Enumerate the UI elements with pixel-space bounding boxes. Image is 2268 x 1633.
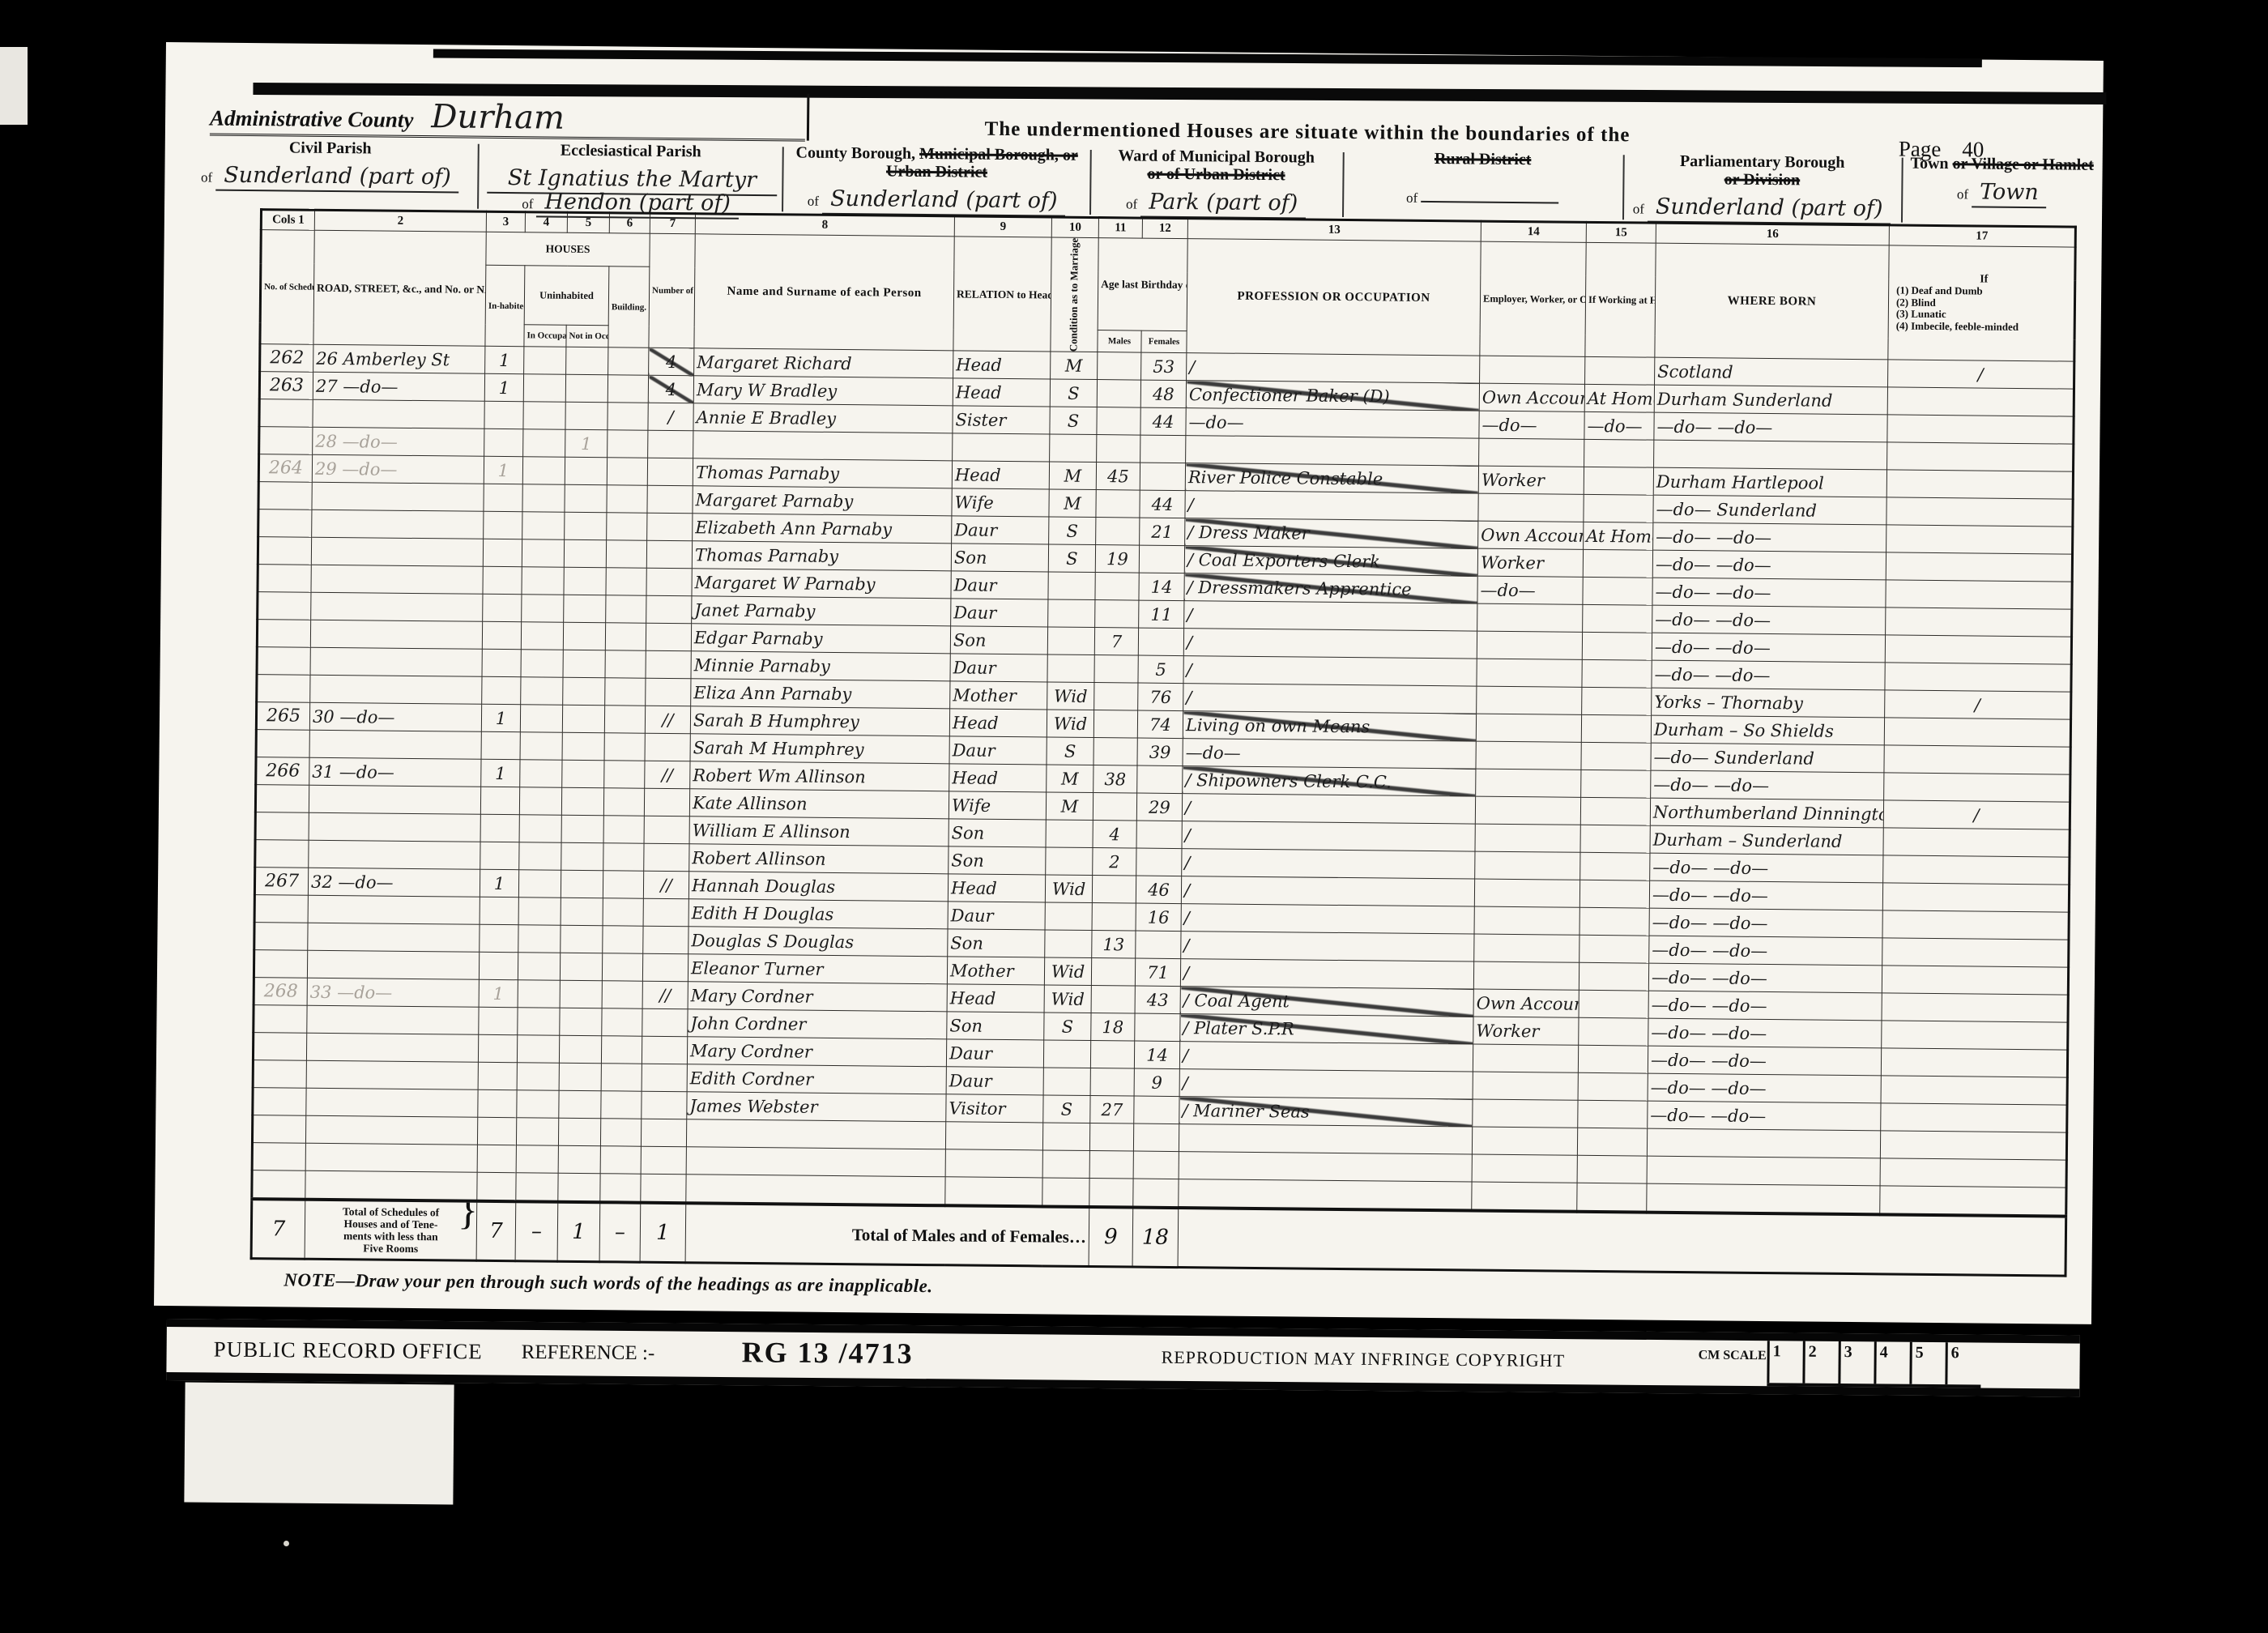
cell-uo: [516, 1173, 558, 1202]
cell-rel: Wife: [952, 488, 1049, 517]
cell-addr: [305, 1116, 477, 1145]
cell-f: [1136, 849, 1182, 877]
cell-bld: [605, 678, 646, 706]
cell-born: —do— —do—: [1648, 1047, 1881, 1077]
cell-inf: [1886, 552, 2072, 582]
header-not-occupation: Not in Occupa-tion.: [566, 326, 608, 347]
cell-occ: ∕ Dressmakers Apprentice: [1184, 573, 1477, 603]
cell-rel: [953, 433, 1050, 462]
cell-addr: [312, 510, 484, 539]
header-name: Name and Surname of each Person: [694, 234, 954, 352]
cell-uo: [520, 705, 562, 732]
cell-rm: [643, 899, 688, 927]
ecclesiastical-parish-cell: Ecclesiastical Parish St Ignatius the Ma…: [484, 141, 778, 211]
cell-born: —do— —do—: [1650, 854, 1883, 884]
cell-cond: M: [1049, 462, 1096, 490]
cell-sch: [253, 1033, 306, 1061]
cell-home: At Home: [1584, 522, 1653, 551]
cell-sch: [252, 1115, 305, 1144]
cell-m: 19: [1095, 545, 1139, 573]
cell-name: James Webster: [687, 1092, 946, 1122]
total-males-value: 9: [1089, 1207, 1133, 1267]
cell-rel: Head: [953, 378, 1050, 407]
cell-born: —do— —do—: [1649, 909, 1882, 939]
cell-home: [1584, 495, 1653, 523]
header-inhabited: In-habited: [485, 265, 525, 347]
cell-inh: [481, 732, 520, 760]
cell-un: [561, 898, 603, 926]
cell-cond: Wid: [1044, 957, 1091, 986]
cell-emp: [1477, 604, 1583, 633]
cell-occ: ∕: [1181, 932, 1474, 961]
cell-bld: [602, 1008, 642, 1036]
cell-born: —do— —do—: [1648, 1102, 1881, 1132]
cell-uo: [518, 898, 561, 925]
cell-inf: [1880, 1131, 2066, 1160]
cell-addr: [308, 923, 480, 953]
cell-bld: [607, 485, 647, 513]
cell-born: —do— —do—: [1652, 551, 1886, 581]
cell-home: [1581, 743, 1651, 771]
cell-born: —do— —do—: [1648, 1074, 1881, 1104]
cell-cond: S: [1048, 544, 1095, 573]
cell-cond: [1045, 930, 1092, 958]
cell-inh: 1: [484, 457, 522, 484]
cell-rel: Mother: [950, 681, 1047, 710]
total-in-occupation: –: [515, 1202, 558, 1262]
cell-un: [560, 953, 602, 981]
cell-un: [563, 650, 605, 678]
cell-name: Eliza Ann Parnaby: [691, 679, 950, 709]
cell-rel: Son: [951, 544, 1048, 572]
cell-inf: [1887, 387, 2074, 416]
cell-inh: [480, 787, 519, 815]
cell-sch: 262: [260, 344, 313, 373]
cell-occ: ∕ Coal Agent: [1180, 987, 1473, 1017]
cell-inh: [480, 925, 518, 953]
cell-f: 53: [1141, 353, 1187, 382]
cell-un: [563, 678, 605, 706]
cell-emp: [1472, 1155, 1577, 1183]
scan-speck: [283, 1541, 289, 1546]
cell-uo: [517, 1035, 559, 1063]
cell-bld: [605, 650, 646, 678]
cell-name: Edgar Parnaby: [691, 624, 950, 654]
cell-occ: Living on own Means: [1183, 711, 1476, 741]
cell-m: [1098, 352, 1141, 381]
cell-un: [561, 788, 603, 816]
cell-m: [1093, 793, 1136, 821]
cell-rel: Daur: [946, 1067, 1043, 1095]
cell-emp: [1478, 494, 1584, 522]
cell-home: [1580, 798, 1650, 826]
cell-addr: [305, 1171, 477, 1202]
cell-born: —do— —do—: [1652, 606, 1886, 636]
cell-f: 71: [1135, 959, 1180, 987]
cell-rm: 4: [649, 348, 694, 377]
cell-uo: [522, 539, 564, 567]
cell-occ: ∕: [1187, 353, 1480, 383]
cell-cond: [1047, 654, 1094, 683]
cell-occ: —do—: [1186, 408, 1479, 438]
cell-f: 29: [1136, 794, 1182, 822]
cell-emp: Own Account: [1478, 522, 1584, 550]
cell-name: Robert Wm Allinson: [690, 761, 949, 791]
cell-inf: [1882, 966, 2068, 995]
cell-bld: [606, 595, 646, 623]
cell-bld: [604, 761, 645, 788]
cell-emp: [1476, 742, 1581, 770]
cell-born: —do— Sunderland: [1653, 496, 1886, 526]
cell-emp: [1472, 1128, 1577, 1156]
cell-born: Durham Sunderland: [1654, 386, 1887, 416]
cell-cond: Wid: [1044, 985, 1091, 1013]
cell-emp: [1473, 1100, 1578, 1128]
cell-sch: [258, 482, 312, 510]
cell-f: 46: [1136, 876, 1181, 905]
cell-inf: ∕: [1885, 690, 2071, 719]
cell-addr: [307, 951, 479, 980]
cell-name: John Cordner: [688, 1009, 947, 1039]
cell-inh: 1: [479, 980, 518, 1008]
cell-cond: M: [1046, 792, 1093, 821]
cell-m: [1090, 1041, 1134, 1069]
cell-name: Sarah M Humphrey: [690, 734, 949, 764]
cell-sch: [258, 565, 311, 593]
cell-born: —do— —do—: [1648, 964, 1882, 994]
cell-born: —do— —do—: [1654, 413, 1887, 443]
cell-inf: [1881, 1103, 2067, 1132]
cell-rel: [945, 1149, 1042, 1178]
cell-f: 39: [1137, 739, 1183, 767]
cell-uo: [520, 760, 562, 787]
cell-occ: Confectioner Baker (D): [1186, 381, 1479, 411]
cell-m: [1097, 380, 1140, 408]
cell-cond: M: [1049, 489, 1096, 518]
cell-inf: [1886, 525, 2073, 554]
cell-inh: [479, 953, 518, 980]
cell-un: [566, 347, 608, 375]
cell-cond: [1050, 434, 1097, 463]
header-age: Age last Birthday of: [1098, 238, 1187, 332]
cell-bld: [601, 1036, 642, 1064]
cell-rel: Son: [949, 846, 1046, 875]
header-infirmity: If (1) Deaf and Dumb (2) Blind (3) Lunat…: [1888, 245, 2075, 362]
cell-f: [1135, 1014, 1180, 1042]
cell-f: [1138, 629, 1183, 657]
cell-inf: ∕: [1888, 360, 2074, 389]
cell-cond: S: [1050, 407, 1097, 435]
cell-inf: [1880, 1186, 2066, 1217]
cell-f: [1139, 546, 1184, 574]
cell-inf: [1885, 663, 2071, 692]
cell-rm: [642, 1009, 688, 1038]
header-houses: HOUSES: [486, 232, 650, 266]
cell-born: Durham – So Shields: [1651, 716, 1884, 746]
cell-f: 48: [1140, 381, 1186, 409]
cell-un: [559, 1064, 601, 1091]
cell-m: 7: [1094, 628, 1138, 656]
cell-addr: [311, 538, 483, 567]
parliamentary-borough-cell: Parliamentary Boroughor Division ofSunde…: [1629, 151, 1895, 222]
cell-addr: [310, 648, 482, 677]
cell-bld: [600, 1146, 641, 1174]
pro-copyright-warning: REPRODUCTION MAY INFRINGE COPYRIGHT: [1162, 1347, 1566, 1371]
cell-rm: [642, 954, 688, 983]
cell-bld: [602, 953, 642, 981]
cell-m: 4: [1093, 821, 1136, 849]
cell-sch: [255, 840, 309, 868]
cell-home: [1579, 1018, 1648, 1047]
cell-cond: Wid: [1047, 682, 1094, 710]
cell-occ: ∕: [1181, 876, 1474, 906]
header-relation: RELATION to Head of Family: [953, 237, 1051, 352]
cell-uo: [518, 980, 560, 1008]
cell-occ: [1186, 436, 1479, 466]
cell-bld: [603, 898, 643, 926]
header-in-occupation: In Occupa-tion.: [524, 325, 566, 347]
cell-name: [693, 431, 953, 461]
cell-rel: [945, 1122, 1042, 1150]
cell-occ: ∕: [1180, 959, 1473, 989]
cell-rel: Head: [947, 984, 1044, 1013]
cell-f: 21: [1140, 518, 1185, 547]
cell-inh: [477, 1118, 516, 1145]
cell-rm: [647, 486, 693, 514]
cell-addr: [309, 841, 480, 870]
cell-home: [1583, 578, 1652, 606]
cell-bld: [603, 843, 644, 871]
cell-home: [1583, 605, 1652, 633]
administrative-county: Administrative County Durham: [210, 96, 809, 139]
rule: [807, 94, 810, 141]
cell-rm: ∕∕: [645, 706, 690, 735]
cell-rel: Head: [952, 461, 1049, 489]
cell-rel: Daur: [948, 902, 1045, 930]
cell-rm: [641, 1147, 686, 1175]
cell-un: [560, 981, 602, 1008]
cell-home: [1581, 715, 1651, 744]
cell-bld: [607, 375, 648, 403]
cell-inf: [1887, 415, 2074, 444]
cell-inh: 1: [481, 760, 520, 787]
header-schedule: No. of Schedule: [260, 230, 314, 345]
cell-m: [1095, 600, 1139, 629]
cell-born: —do— Sunderland: [1651, 744, 1884, 774]
cell-m: [1091, 986, 1135, 1014]
cell-cond: Wid: [1045, 875, 1092, 903]
cell-uo: [522, 567, 564, 595]
cell-m: [1093, 738, 1137, 766]
cell-occ: ∕: [1185, 491, 1478, 521]
cell-occ: ∕ Mariner Seas: [1179, 1097, 1473, 1127]
total-inhabited: 7: [476, 1201, 516, 1261]
cell-inf: [1886, 580, 2072, 609]
cell-un: [562, 761, 604, 788]
cell-uo: [518, 870, 561, 898]
cell-addr: 31 —do—: [309, 758, 481, 787]
cell-rm: [642, 1064, 687, 1093]
cell-occ: ∕: [1183, 656, 1477, 686]
cell-uo: [523, 402, 565, 429]
cell-home: [1582, 688, 1652, 716]
cell-emp: Own Account: [1473, 990, 1579, 1018]
cell-m: [1089, 1123, 1133, 1152]
cell-uo: [516, 1145, 558, 1173]
ruler-tick: 3: [1838, 1341, 1874, 1384]
cell-m: [1093, 710, 1137, 739]
cell-addr: 32 —do—: [308, 868, 480, 898]
cell-home: [1579, 908, 1649, 936]
cell-rm: [646, 569, 692, 597]
cell-un: [564, 595, 606, 623]
cell-bld: [600, 1174, 641, 1203]
cell-born: [1647, 1157, 1880, 1187]
cell-rm: [647, 514, 693, 542]
cell-inh: [482, 677, 521, 705]
cell-addr: 29 —do—: [312, 455, 484, 484]
ruler-tick: 4: [1874, 1341, 1909, 1384]
cell-inh: 1: [481, 705, 520, 732]
admin-county-value: Durham: [431, 98, 565, 137]
cell-inh: 1: [480, 870, 518, 898]
cell-un: [564, 568, 606, 595]
cell-addr: 28 —do—: [313, 428, 484, 457]
cell-m: 45: [1096, 463, 1140, 491]
cell-rel: Daur: [950, 654, 1047, 682]
cell-uo: [520, 732, 562, 760]
cell-name: Sarah B Humphrey: [690, 706, 949, 736]
cell-rel: Wife: [949, 791, 1046, 820]
cell-name: Janet Parnaby: [692, 596, 951, 626]
cell-rm: [642, 1092, 687, 1120]
header-employer: Employer, Worker, or Own account: [1480, 241, 1586, 357]
cell-inh: [482, 650, 521, 677]
town-cell: Town or Village or Hamlet ofTown: [1906, 155, 2098, 224]
cell-home: [1579, 936, 1649, 964]
cell-name: Thomas Parnaby: [693, 458, 952, 488]
cell-f: [1140, 436, 1186, 464]
cell-m: [1092, 876, 1136, 904]
civil-parish-cell: Civil Parish ofSunderland (part of): [187, 138, 473, 208]
cell-m: [1094, 683, 1138, 711]
cell-m: 18: [1091, 1013, 1135, 1042]
cell-rm: [646, 651, 691, 680]
cell-uo: [522, 484, 565, 512]
cell-uo: [523, 374, 565, 402]
cell-born: Durham Hartlepool: [1653, 468, 1886, 498]
cell-addr: [309, 786, 480, 815]
total-rooms: 1: [640, 1203, 686, 1263]
cell-addr: 27 —do—: [313, 373, 484, 402]
cell-rm: ∕∕: [645, 761, 690, 790]
cell-emp: Own Account: [1479, 384, 1584, 412]
cell-sch: [254, 895, 308, 923]
cell-inf: [1881, 1048, 2067, 1077]
cell-addr: 30 —do—: [309, 703, 481, 732]
cell-rel: Sister: [953, 406, 1050, 434]
cell-sch: [254, 923, 308, 951]
cell-cond: S: [1044, 1013, 1091, 1041]
total-schedules-value: 7: [251, 1200, 305, 1260]
cell-uo: [517, 1090, 559, 1118]
cell-f: 11: [1139, 601, 1184, 629]
cell-name: Mary W Bradley: [693, 376, 953, 406]
cell-emp: Worker: [1478, 467, 1584, 495]
cm-scale: CM SCALE 123456: [1697, 1340, 1980, 1388]
header-profession: PROFESSION OR OCCUPATION: [1187, 239, 1481, 356]
cell-uo: [518, 1008, 560, 1035]
cell-emp: [1474, 880, 1579, 908]
cell-un: [559, 1036, 601, 1064]
cell-bld: [604, 733, 645, 761]
cell-inh: [484, 402, 523, 429]
cell-bld: [607, 403, 648, 430]
cell-inh: [483, 539, 522, 567]
cell-cond: [1048, 572, 1095, 600]
cell-home: [1579, 991, 1648, 1019]
cell-rm: [646, 624, 691, 652]
cell-inf: [1882, 993, 2068, 1022]
cell-home: [1585, 357, 1655, 386]
cell-m: 38: [1093, 765, 1137, 794]
cell-f: [1133, 1179, 1179, 1208]
cm-ruler: 123456: [1767, 1341, 1980, 1388]
cell-rm: [645, 734, 690, 762]
cell-sch: [257, 647, 310, 676]
cell-sch: 267: [254, 868, 308, 896]
cell-uo: [523, 429, 565, 457]
cell-f: [1140, 463, 1185, 492]
cell-inh: 1: [484, 374, 523, 402]
cell-cond: [1048, 599, 1095, 628]
cell-inh: [484, 429, 523, 457]
total-not-occupation: 1: [557, 1202, 600, 1262]
county-borough-cell: County Borough, Municipal Borough, or Ur…: [788, 143, 1085, 215]
cell-inf: [1886, 497, 2073, 527]
cell-uo: [516, 1118, 558, 1145]
cell-inh: [482, 622, 521, 650]
cell-emp: [1475, 852, 1580, 880]
cell-un: [560, 1008, 602, 1036]
cell-cond: [1042, 1178, 1089, 1207]
cell-emp: [1477, 659, 1582, 688]
cell-inf: [1886, 470, 2073, 499]
cell-rm: 4: [648, 376, 693, 404]
cell-emp: [1475, 797, 1580, 825]
cell-emp: [1473, 1072, 1578, 1101]
total-females-value: 18: [1132, 1208, 1179, 1268]
cell-un: [564, 540, 606, 568]
cell-un: [558, 1174, 600, 1203]
cell-addr: 33 —do—: [307, 979, 479, 1008]
cell-un: [561, 816, 603, 843]
cell-inh: [478, 1063, 517, 1090]
cell-addr: [308, 896, 480, 925]
cell-name: Margaret Parnaby: [693, 486, 952, 516]
cell-inh: [484, 512, 522, 539]
cell-f: 14: [1139, 573, 1184, 602]
cell-cond: [1046, 820, 1093, 848]
cell-uo: [521, 677, 563, 705]
cell-rm: [643, 927, 688, 955]
cell-emp: [1480, 356, 1585, 385]
pro-office: PUBLIC RECORD OFFICE: [214, 1337, 483, 1365]
cell-f: 9: [1134, 1069, 1179, 1098]
cell-inh: [483, 567, 522, 595]
cell-uo: [521, 622, 563, 650]
cell-emp: [1473, 962, 1579, 991]
